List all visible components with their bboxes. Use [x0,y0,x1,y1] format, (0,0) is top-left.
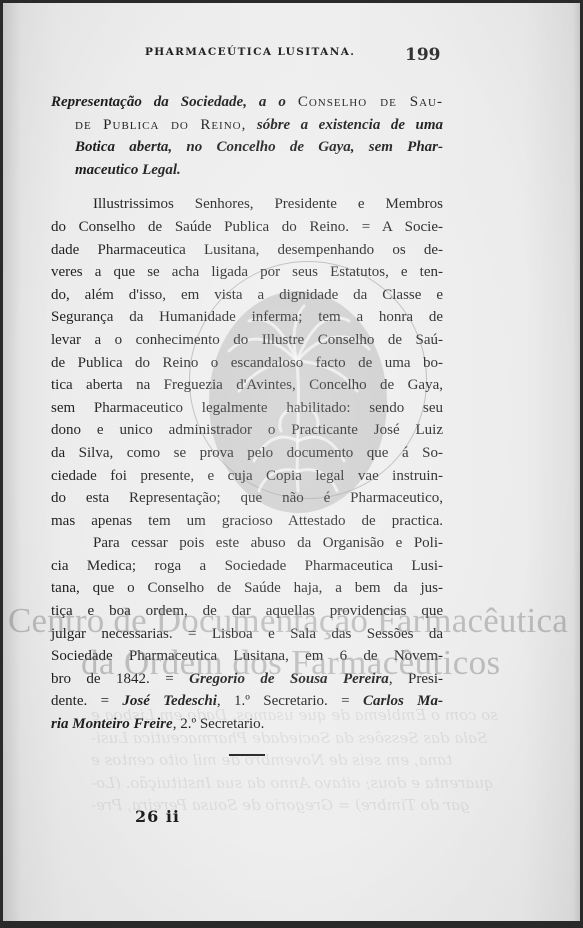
signatory-name: Gregorio de Sousa Pereira [189,671,389,687]
paragraph-line: Illustrissimos Senhores, Presidente e Me… [51,193,443,216]
paragraph-line: julgar necessarias. = Lisboa e Sala das … [51,623,443,646]
paragraph-line: tana, que o Conselho de Saúde haja, a be… [51,577,443,600]
title-line: maceutico Legal. [51,159,443,182]
show-through-line: tana, em seis de Novembro de mil oito ce… [91,751,452,769]
signatory-name: ria Monteiro Freire [51,716,173,732]
closing-line: ria Monteiro Freire, 2.º Secretario. [51,713,443,736]
printer-signature-mark: 26 ii [135,807,180,826]
document-body: Representação da Sociedade, a o Conselho… [51,91,443,736]
paragraph-line: do esta Representação; que não é Pharmac… [51,487,443,510]
show-through-line: quarenta e dous; oitavo Anno da sua Inst… [91,774,494,792]
paragraph-line: dono e unico administrador o Practicante… [51,419,443,442]
closing-line: dente. = José Tedeschi, 1.º Secretario. … [51,690,443,713]
paragraph-line: Segurança da Humanidade inferma; tem a h… [51,306,443,329]
paragraph-line: cia Medica; roga a Sociedade Pharmaceuti… [51,555,443,578]
paragraph-line: Sociedade Pharmaceutica Lusitana, em 6 d… [51,645,443,668]
title-line: Representação da Sociedade, a o Conselho… [51,91,443,114]
title-line: Botica aberta, no Concelho de Gaya, sem … [51,136,443,159]
paragraph-line: mas apenas tem um gracioso Attestado de … [51,510,443,533]
paragraph-line: tiça e boa ordem, de dar aquellas provid… [51,600,443,623]
page-number: 199 [405,45,441,65]
spacer [51,181,443,193]
paragraph-line: Para cessar pois este abuso da Organisão… [51,532,443,555]
paragraph-line: dade Pharmaceutica Lusitana, desempenhan… [51,239,443,262]
signatory-name: Carlos Ma- [363,693,443,709]
paragraph-line: da Silva, como se prova pelo documento q… [51,442,443,465]
closing-line: bro de 1842. = Gregorio de Sousa Pereira… [51,668,443,691]
title-line: de Publica do Reino, sóbre a existencia … [51,114,443,137]
section-separator-rule [229,754,265,756]
paragraph-line: do Conselho de Saúde Publica do Reino. =… [51,216,443,239]
signatory-name: José Tedeschi [122,693,216,709]
paragraph-line: sem Pharmaceutico legalmente habilitado:… [51,397,443,420]
paragraph-line: ciedade foi presente, e cuja Copia legal… [51,465,443,488]
paragraph-line: do, além d'isso, em vista a dignidade da… [51,284,443,307]
paragraph-line: veres a que se acha ligada por seus Esta… [51,261,443,284]
running-head: PHARMACEÚTICA LUSITANA. [145,46,435,58]
paragraph-line: de Publica do Reino o escandaloso facto … [51,352,443,375]
book-page: so com o Emblema de que usamos. Dado em … [3,3,580,921]
paragraph-line: levar a o conhecimento do Illustre Conse… [51,329,443,352]
paragraph-line: tica aberta na Freguezia d'Avintes, Conc… [51,374,443,397]
